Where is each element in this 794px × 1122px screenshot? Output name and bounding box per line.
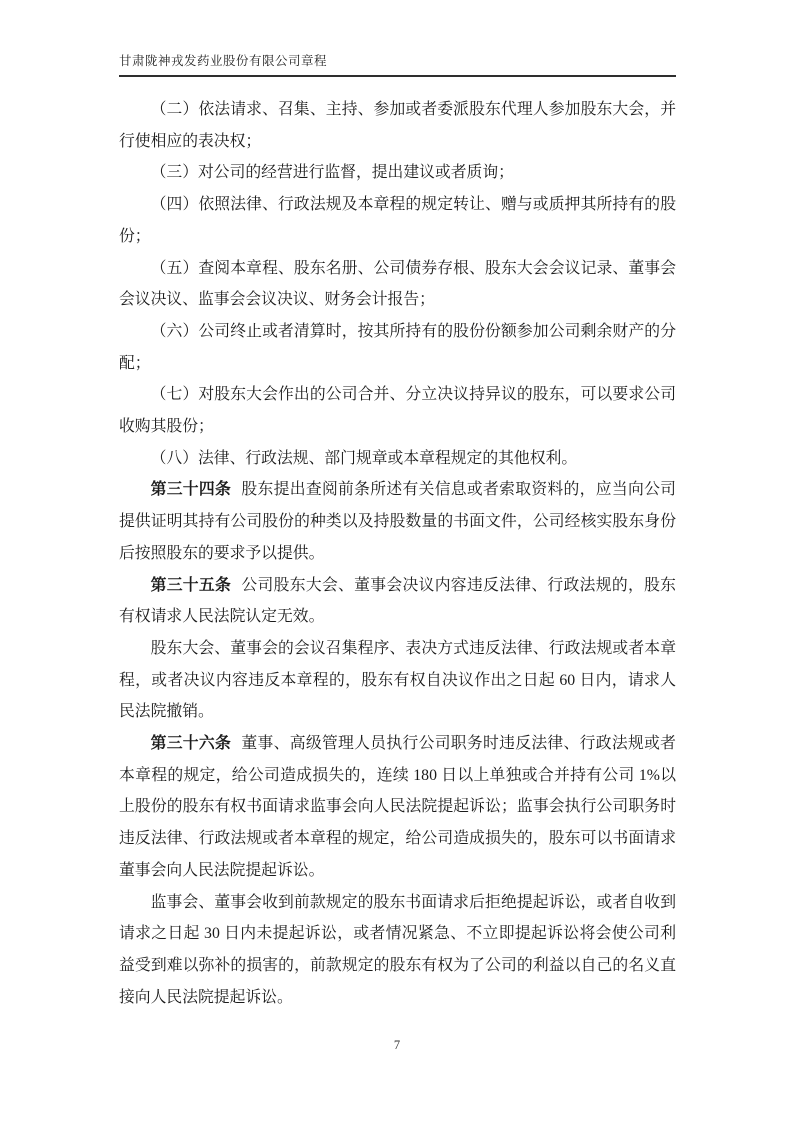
page-number: 7 xyxy=(394,1038,400,1052)
paragraph-text: （四）依照法律、行政法规及本章程的规定转让、赠与或质押其所持有的股份； xyxy=(119,196,676,245)
paragraph: （三）对公司的经营进行监督，提出建议或者质询； xyxy=(119,157,676,189)
paragraph-text: （三）对公司的经营进行监督，提出建议或者质询； xyxy=(151,164,514,181)
paragraph-text: （五）查阅本章程、股东名册、公司债券存根、股东大会会议记录、董事会会议决议、监事… xyxy=(119,260,676,309)
paragraph-text: 董事、高级管理人员执行公司职务时违反法律、行政法规或者本章程的规定，给公司造成损… xyxy=(119,735,676,879)
article-heading: 第三十四条 xyxy=(151,481,232,498)
article-heading: 第三十五条 xyxy=(151,577,232,594)
paragraph-text: （二）依法请求、召集、主持、参加或者委派股东代理人参加股东大会，并行使相应的表决… xyxy=(119,101,676,150)
article-heading: 第三十六条 xyxy=(151,735,232,752)
paragraph-text: 监事会、董事会收到前款规定的股东书面请求后拒绝提起诉讼，或者自收到请求之日起 3… xyxy=(119,894,676,1006)
paragraph: 第三十五条公司股东大会、董事会决议内容违反法律、行政法规的，股东有权请求人民法院… xyxy=(119,570,676,633)
paragraph: 监事会、董事会收到前款规定的股东书面请求后拒绝提起诉讼，或者自收到请求之日起 3… xyxy=(119,887,676,1014)
paragraph-text: （七）对股东大会作出的公司合并、分立决议持异议的股东，可以要求公司收购其股份； xyxy=(119,386,676,435)
paragraph: （七）对股东大会作出的公司合并、分立决议持异议的股东，可以要求公司收购其股份； xyxy=(119,379,676,442)
paragraph-text: （六）公司终止或者清算时，按其所持有的股份份额参加公司剩余财产的分配； xyxy=(119,323,676,372)
paragraph: （六）公司终止或者清算时，按其所持有的股份份额参加公司剩余财产的分配； xyxy=(119,316,676,379)
paragraph-text: 股东大会、董事会的会议召集程序、表决方式违反法律、行政法规或者本章程，或者决议内… xyxy=(119,640,676,720)
paragraph: 股东大会、董事会的会议召集程序、表决方式违反法律、行政法规或者本章程，或者决议内… xyxy=(119,633,676,728)
paragraph-text: （八）法律、行政法规、部门规章或本章程规定的其他权利。 xyxy=(151,450,578,467)
paragraph: （四）依照法律、行政法规及本章程的规定转让、赠与或质押其所持有的股份； xyxy=(119,189,676,252)
paragraph: （五）查阅本章程、股东名册、公司债券存根、股东大会会议记录、董事会会议决议、监事… xyxy=(119,253,676,316)
page-footer: 7 xyxy=(0,1036,794,1054)
paragraph: 第三十六条董事、高级管理人员执行公司职务时违反法律、行政法规或者本章程的规定，给… xyxy=(119,728,676,887)
paragraph: 第三十四条股东提出查阅前条所述有关信息或者索取资料的，应当向公司提供证明其持有公… xyxy=(119,474,676,569)
document-body: （二）依法请求、召集、主持、参加或者委派股东代理人参加股东大会，并行使相应的表决… xyxy=(119,94,676,1013)
paragraph: （二）依法请求、召集、主持、参加或者委派股东代理人参加股东大会，并行使相应的表决… xyxy=(119,94,676,157)
document-page: 甘肃陇神戎发药业股份有限公司章程 （二）依法请求、召集、主持、参加或者委派股东代… xyxy=(0,0,794,1122)
page-header: 甘肃陇神戎发药业股份有限公司章程 xyxy=(119,52,676,77)
page-header-title: 甘肃陇神戎发药业股份有限公司章程 xyxy=(119,52,676,70)
paragraph: （八）法律、行政法规、部门规章或本章程规定的其他权利。 xyxy=(119,443,676,475)
